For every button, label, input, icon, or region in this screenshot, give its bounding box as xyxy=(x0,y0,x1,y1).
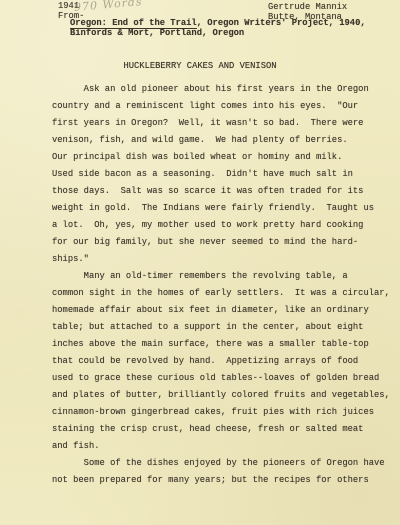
typed-line: venison, fish, and wild game. We had ple… xyxy=(52,132,390,149)
document-page: 1941 From- 970 Words Gertrude Mannix But… xyxy=(0,0,400,525)
typed-line: table; but attached to a support in the … xyxy=(52,319,390,336)
typed-line: common sight in the homes of early settl… xyxy=(52,285,390,302)
typed-line: not been prepared for many years; but th… xyxy=(52,472,390,489)
typed-line: and fish. xyxy=(52,438,390,455)
typed-line: ships." xyxy=(52,251,390,268)
citation: Oregon: End of the Trail, Oregon Writers… xyxy=(70,18,366,38)
typed-line: and plates of butter, brilliantly colore… xyxy=(52,387,390,404)
typed-line: inches above the main surface, there was… xyxy=(52,336,390,353)
typed-line: that could be revolved by hand. Appetizi… xyxy=(52,353,390,370)
typed-line: country and a reminiscent light comes in… xyxy=(52,98,390,115)
typed-line: for our big family, but she never seemed… xyxy=(52,234,390,251)
page-title: HUCKLEBERRY CAKES AND VENISON xyxy=(0,61,400,71)
document-body: Ask an old pioneer about his first years… xyxy=(52,81,390,489)
typed-line: weight in gold. The Indians were fairly … xyxy=(52,200,390,217)
typed-line: Our principal dish was boiled wheat or h… xyxy=(52,149,390,166)
typed-line: first years in Oregon? Well, it wasn't s… xyxy=(52,115,390,132)
typed-line: Used side bacon as a seasoning. Didn't h… xyxy=(52,166,390,183)
citation-line1: Oregon: End of the Trail, Oregon Writers… xyxy=(70,18,366,28)
typed-line: a lot. Oh, yes, my mother used to work p… xyxy=(52,217,390,234)
citation-line2: Binfords & Mort, Portland, Oregon xyxy=(70,28,366,38)
typed-line: Some of the dishes enjoyed by the pionee… xyxy=(52,455,390,472)
typed-line: Many an old-timer remembers the revolvin… xyxy=(52,268,390,285)
handwritten-word-count: 970 Words xyxy=(74,0,143,14)
typed-line: used to grace these curious old tables--… xyxy=(52,370,390,387)
citation-source: , Oregon Writers' Project, 1940, xyxy=(197,18,366,28)
typed-line: cinnamon-brown gingerbread cakes, fruit … xyxy=(52,404,390,421)
typed-line: those days. Salt was so scarce it was of… xyxy=(52,183,390,200)
typed-line: Ask an old pioneer about his first years… xyxy=(52,81,390,98)
typed-line: staining the crisp crust, head cheese, f… xyxy=(52,421,390,438)
typed-line: homemade affair about six feet in diamet… xyxy=(52,302,390,319)
